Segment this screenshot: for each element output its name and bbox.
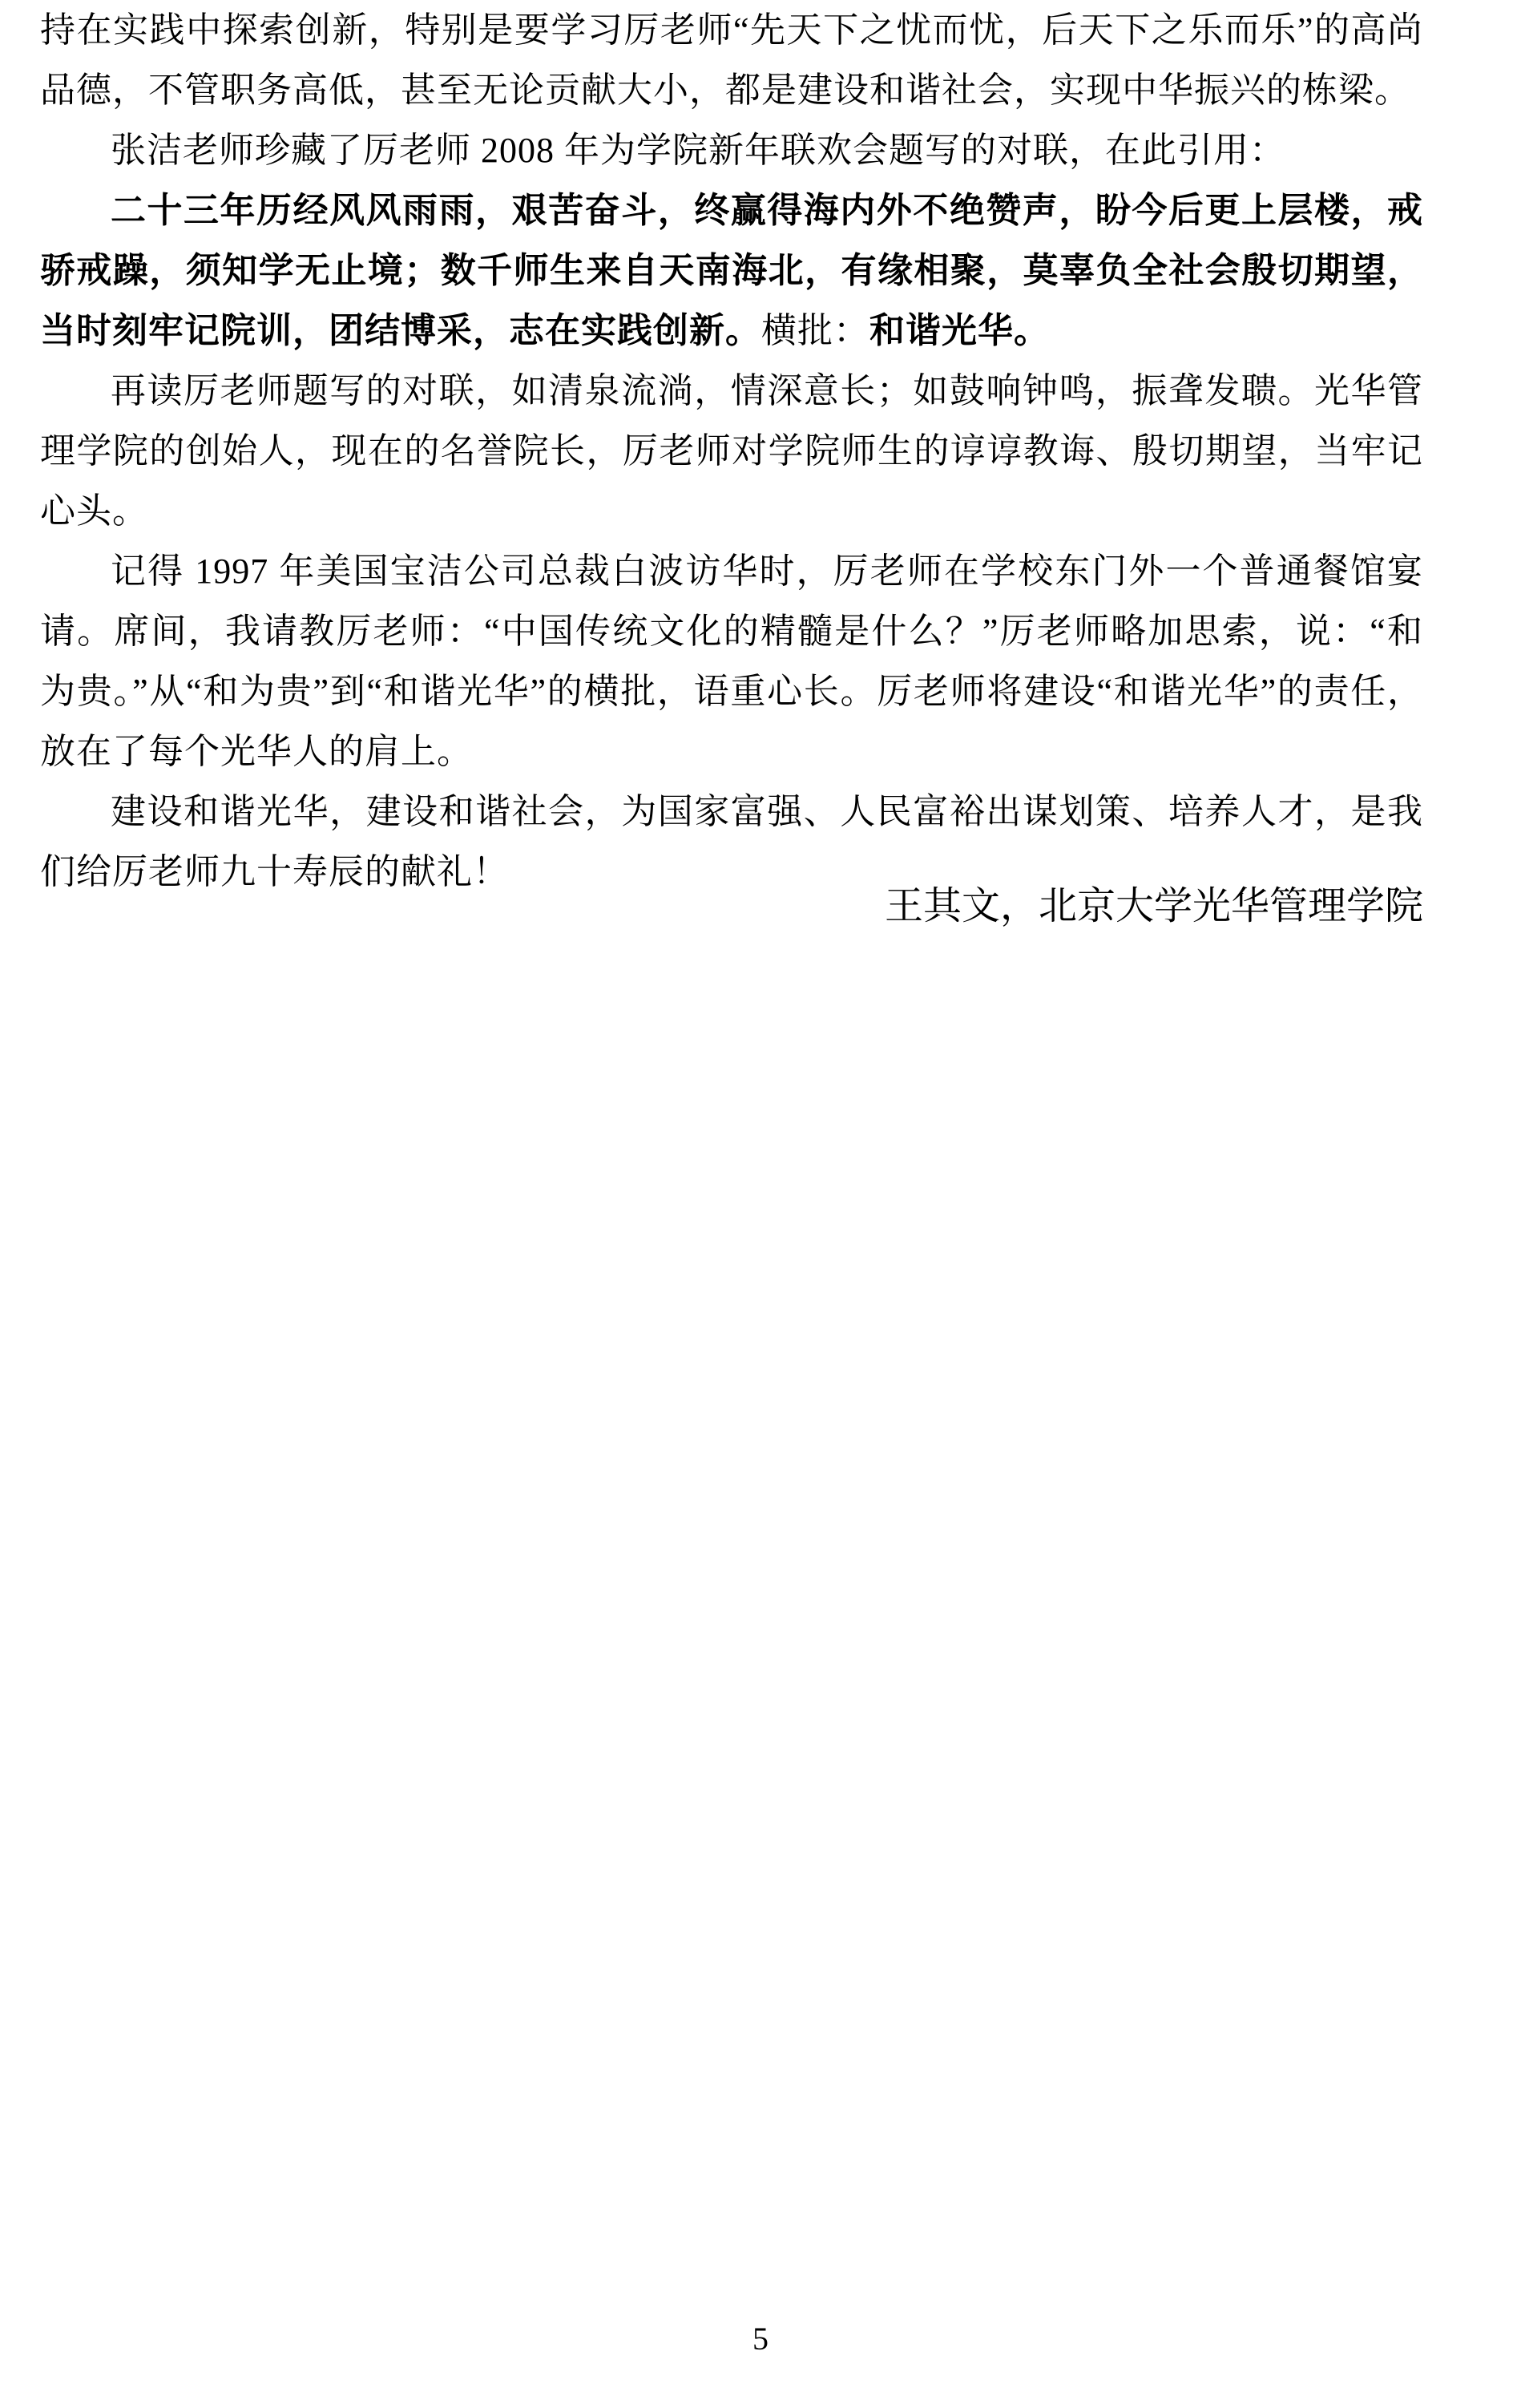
paragraph-couplet: 二十三年历经风风雨雨，艰苦奋斗，终赢得海内外不绝赞声，盼今后更上层楼，戒骄戒躁，… — [40, 180, 1423, 361]
paragraph-5: 记得 1997 年美国宝洁公司总裁白波访华时，厉老师在学校东门外一个普通餐馆宴请… — [40, 541, 1423, 782]
document-body: 持在实践中探索创新，特别是要学习厉老师“先天下之忧而忧，后天下之乐而乐”的高尚品… — [40, 0, 1423, 902]
page-number: 5 — [0, 2319, 1521, 2359]
paragraph-2: 张洁老师珍藏了厉老师 2008 年为学院新年联欢会题写的对联，在此引用： — [40, 120, 1423, 180]
paragraph-4: 再读厉老师题写的对联，如清泉流淌，情深意长；如鼓响钟鸣，振聋发聩。光华管理学院的… — [40, 361, 1423, 541]
couplet-text: 二十三年历经风风雨雨，艰苦奋斗，终赢得海内外不绝赞声，盼今后更上层楼，戒骄戒躁，… — [40, 190, 1423, 351]
paragraph-1: 持在实践中探索创新，特别是要学习厉老师“先天下之忧而忧，后天下之乐而乐”的高尚品… — [40, 0, 1423, 120]
banner-text: 和谐光华。 — [869, 310, 1050, 351]
author-signature: 王其文，北京大学光华管理学院 — [857, 876, 1423, 936]
banner-label: 横批： — [761, 311, 869, 350]
